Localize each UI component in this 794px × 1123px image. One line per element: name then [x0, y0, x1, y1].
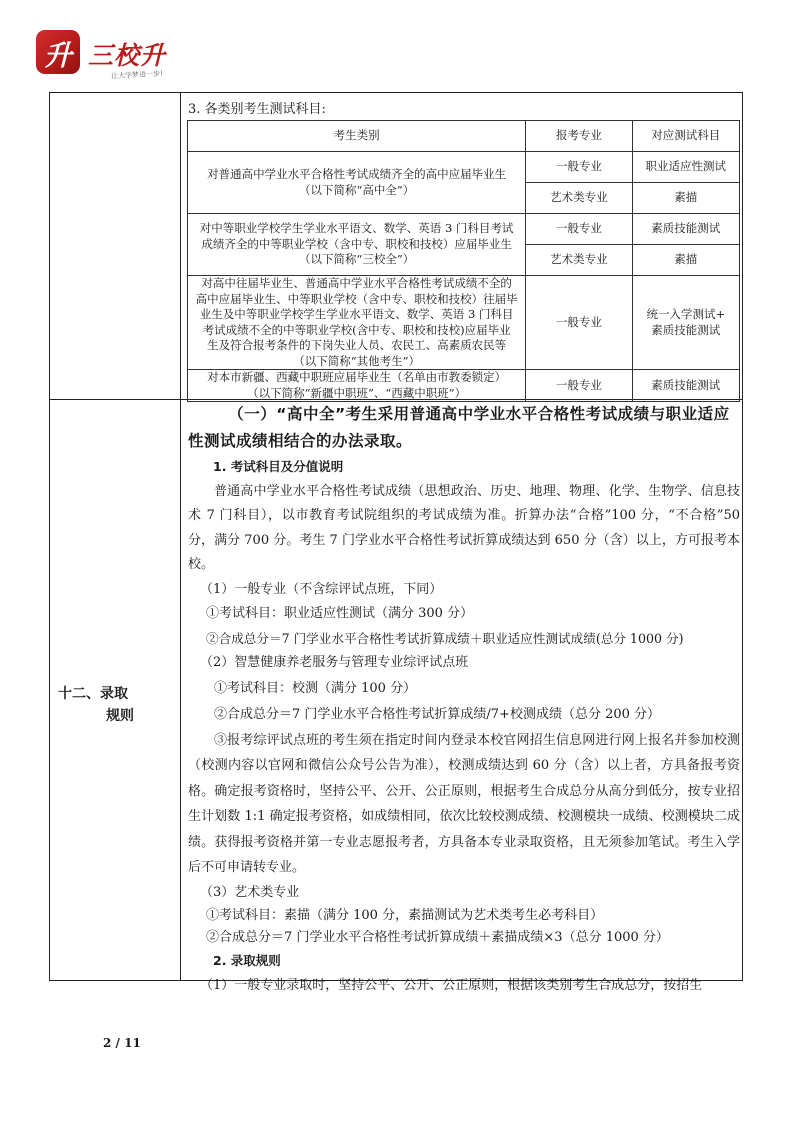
- item-3-title: 3. 各类别考生测试科目:: [188, 98, 326, 117]
- subject-cell: 素质技能测试: [632, 214, 739, 245]
- subject-cell: 素质技能测试: [632, 370, 739, 402]
- category-line: （以下简称“其他考生”）: [192, 354, 521, 370]
- major-cell: 一般专业: [526, 276, 632, 370]
- major-cell: 艺术类专业: [526, 245, 632, 276]
- general-major-title: （1）一般专业（不含综评试点班，下同）: [188, 578, 740, 603]
- list-item: ①考试科目：素描（满分 100 分，素描测试为艺术类考生必考科目）: [188, 905, 740, 927]
- category-line: 考试成绩不全的中等职业学校(含中专、职校和技校)应届毕业: [192, 323, 521, 339]
- subject-cell: 统一入学测试+ 素质技能测试: [632, 276, 739, 370]
- list-item: ②合成总分＝7 门学业水平合格性考试折算成绩＋素描成绩×3（总分 1000 分）: [188, 927, 740, 949]
- list-item: ②合成总分＝7 门学业水平合格性考试折算成绩/7+校测成绩（总分 200 分）: [188, 702, 740, 728]
- paragraph: （1）一般专业录取时，坚持公平、公开、公正原则，根据该类别考生合成总分，按招生: [188, 974, 740, 999]
- major-cell: 一般专业: [526, 152, 632, 183]
- brand-slogan: 让大学梦进一步!: [111, 69, 163, 82]
- list-item: ①考试科目：职业适应性测试（满分 300 分）: [188, 602, 740, 627]
- category-cell: 对中等职业学校学生学业水平语文、数学、英语 3 门科目考试 成绩齐全的中等职业学…: [188, 214, 526, 276]
- section-label-line2: 规则: [58, 705, 176, 727]
- category-line: 业生及中等职业学校学生学业水平语文、数学、英语 3 门科目: [192, 307, 521, 323]
- category-line: （以下简称“新疆中职班”、“西藏中职班”）: [192, 386, 521, 402]
- major-cell: 一般专业: [526, 214, 632, 245]
- subject-cell: 职业适应性测试: [632, 152, 739, 183]
- major-cell: 艺术类专业: [526, 183, 632, 214]
- table-row: 对高中往届毕业生、普通高中学业水平合格性考试成绩不全的 高中应届毕业生、中等职业…: [188, 276, 740, 370]
- category-line: （以下简称“高中全”）: [192, 183, 521, 199]
- header-major: 报考专业: [526, 121, 632, 152]
- art-major-title: （3）艺术类专业: [188, 881, 740, 906]
- category-line: 对本市新疆、西藏中职班应届毕业生（名单由市教委锁定）: [192, 370, 521, 386]
- category-line: 生及符合报考条件的下岗失业人员、农民工、高素质农民等: [192, 338, 521, 354]
- category-line: 对中等职业学校学生学业水平语文、数学、英语 3 门科目考试: [192, 221, 521, 237]
- category-line: （以下简称“三校全”）: [192, 252, 521, 268]
- subject-cell: 素描: [632, 183, 739, 214]
- subsection-title: 2. 录取规则: [188, 949, 740, 974]
- list-item: ①考试科目：校测（满分 100 分）: [188, 676, 740, 702]
- section-label-line1: 十二、录取: [58, 686, 128, 702]
- page-number: 2 / 11: [103, 1036, 141, 1050]
- table-row: 对本市新疆、西藏中职班应届毕业生（名单由市教委锁定） （以下简称“新疆中职班”、…: [188, 370, 740, 402]
- category-line: 对高中往届毕业生、普通高中学业水平合格性考试成绩不全的: [192, 276, 521, 292]
- subsection-title: 1. 考试科目及分值说明: [188, 455, 740, 480]
- brand-name: 三校升: [88, 36, 166, 72]
- category-cell: 对本市新疆、西藏中职班应届毕业生（名单由市教委锁定） （以下简称“新疆中职班”、…: [188, 370, 526, 402]
- logo-badge-icon: 升: [36, 30, 80, 74]
- test-subjects-table: 考生类别 报考专业 对应测试科目 对普通高中学业水平合格性考试成绩齐全的高中应届…: [187, 120, 740, 402]
- admission-rules-content: （一）“高中全”考生采用普通高中学业水平合格性考试成绩与职业适应性测试成绩相结合…: [188, 401, 740, 998]
- header-category: 考生类别: [188, 121, 526, 152]
- table-row: 对普通高中学业水平合格性考试成绩齐全的高中应届毕业生 （以下简称“高中全”） 一…: [188, 152, 740, 183]
- column-divider: [180, 93, 181, 980]
- paragraph: 普通高中学业水平合格性考试成绩（思想政治、历史、地理、物理、化学、生物学、信息技…: [188, 480, 740, 578]
- header-subject: 对应测试科目: [632, 121, 739, 152]
- subject-line: 统一入学测试+: [637, 307, 735, 323]
- admission-table: 3. 各类别考生测试科目: 考生类别 报考专业 对应测试科目 对普通高中学业水平…: [49, 92, 743, 981]
- category-line: 高中应届毕业生、中等职业学校（含中专、职校和技校）往届毕: [192, 292, 521, 308]
- paragraph: ③报考综评试点班的考生须在指定时间内登录本校官网招生信息网进行网上报名并参加校测…: [188, 728, 740, 881]
- category-cell: 对普通高中学业水平合格性考试成绩齐全的高中应届毕业生 （以下简称“高中全”）: [188, 152, 526, 214]
- category-line: 对普通高中学业水平合格性考试成绩齐全的高中应届毕业生: [192, 167, 521, 183]
- subject-line: 素质技能测试: [637, 323, 735, 339]
- rules-heading: （一）“高中全”考生采用普通高中学业水平合格性考试成绩与职业适应性测试成绩相结合…: [188, 401, 740, 455]
- list-item: ②合成总分＝7 门学业水平合格性考试折算成绩＋职业适应性测试成绩(总分 1000…: [188, 627, 740, 652]
- category-cell: 对高中往届毕业生、普通高中学业水平合格性考试成绩不全的 高中应届毕业生、中等职业…: [188, 276, 526, 370]
- major-cell: 一般专业: [526, 370, 632, 402]
- pilot-class-title: （2）智慧健康养老服务与管理专业综评试点班: [188, 651, 740, 676]
- section-label: 十二、录取 规则: [58, 683, 176, 727]
- category-line: 成绩齐全的中等职业学校（含中专、职校和技校）应届毕业生: [192, 237, 521, 253]
- table-header-row: 考生类别 报考专业 对应测试科目: [188, 121, 740, 152]
- table-row: 对中等职业学校学生学业水平语文、数学、英语 3 门科目考试 成绩齐全的中等职业学…: [188, 214, 740, 245]
- subject-cell: 素描: [632, 245, 739, 276]
